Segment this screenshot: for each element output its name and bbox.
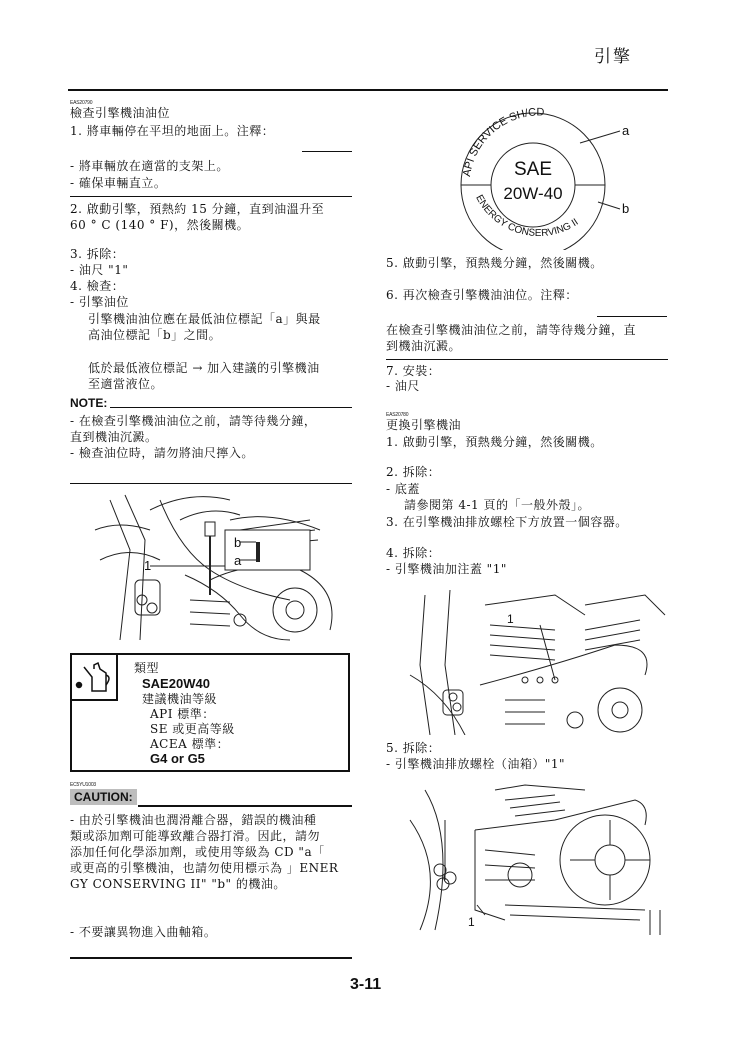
acea-label: ACEA 標準： [150,736,229,752]
step-5: 5. 拆除： [386,740,440,756]
step-5-item: - 引擎機油排放螺栓（油箱）"1" [386,756,565,772]
callout-a: a [234,553,241,568]
acea-value: G4 or G5 [150,751,205,766]
viscosity-label: 20W-40 [503,184,562,203]
chapter-title: 引擎 [594,42,632,67]
oil-spec-box: 類型 SAE20W40 建議機油等級 API 標準： SE 或更高等級 ACEA… [70,653,350,772]
note-rule [597,316,667,317]
step-3-item: - 油尺 "1" [70,262,128,278]
filler-cap-figure [405,585,670,735]
step-4-item: - 引擎油位 [70,294,129,310]
note-text: - 在檢查引擎機油油位之前，請等待幾分鐘， 直到機油沉澱。 - 檢查油位時，請勿… [70,413,316,461]
header-rule [68,89,668,91]
dipstick-figure [90,490,350,645]
step-4: 4. 拆除： [386,545,440,561]
page-number: 3-11 [350,976,381,994]
api-label: API 標準： [150,706,215,722]
oil-grade-label: 建議機油等級 [142,691,217,707]
note-label-rule [110,407,352,408]
step-2-item: - 底蓋 [386,481,420,497]
step-4-action: 低於最低液位標記 → 加入建議的引擎機油 至適當液位。 [88,360,320,392]
step-2: 2. 啟動引擎，預熱約 15 分鐘，直到油溫升至 60 ° C (140 ° F… [70,201,324,233]
note-rule [302,151,352,152]
step-6: 6. 再次檢查引擎機油油位。注釋： [386,287,578,303]
callout-a: a [622,123,630,138]
oil-can-icon-frame [72,655,118,701]
step-1: 1. 將車輛停在平坦的地面上。注釋： [70,123,274,139]
step-3: 3. 在引擎機油排放螺栓下方放置一個容器。 [386,514,628,530]
callout-1: 1 [507,612,514,626]
step-1-note: - 將車輛放在適當的支架上。 [70,158,229,174]
step-4: 4. 檢查： [70,278,124,294]
drain-bolt-figure [405,780,670,935]
step-2: 2. 拆除： [386,464,440,480]
step-2-ref: 請參閱第 4-1 頁的「一般外殼」。 [404,497,590,513]
callout-1: 1 [144,558,151,573]
api-value: SE 或更高等級 [150,721,235,737]
caution-rule [138,805,352,807]
step-1: 1. 啟動引擎，預熱幾分鐘，然後關機。 [386,434,603,450]
sae-label: SAE [514,159,552,180]
section-title: 更換引擎機油 [386,417,461,433]
caution-text: - 由於引擎機油也潤滑離合器，錯誤的機油種 類或添加劑可能導致離合器打滑。因此，… [70,812,338,892]
api-service-symbol: API SERVICE SH/CD ENERGY CONSERVING II S… [448,105,648,250]
step-4-desc: 引擎機油油位應在最低油位標記「a」與最 高油位標記「b」之間。 [88,311,321,343]
divider [386,359,668,360]
note-end-rule [70,483,352,484]
caution-code: EC5YU1003 [70,782,96,788]
callout-b: b [234,535,241,550]
step-4-item: - 引擎機油加注蓋 "1" [386,561,507,577]
step-7: 7. 安裝： [386,363,440,379]
oil-type-label: 類型 [134,660,159,676]
oil-can-icon [74,657,114,697]
divider [70,196,352,197]
step-6-note: 在檢查引擎機油油位之前，請等待幾分鐘，直 到機油沉澱。 [386,322,636,354]
step-5: 5. 啟動引擎，預熱幾分鐘，然後關機。 [386,255,603,271]
callout-1: 1 [468,915,475,929]
section-title: 檢查引擎機油油位 [70,105,170,121]
step-7-item: - 油尺 [386,378,420,394]
step-3: 3. 拆除： [70,246,124,262]
step-1-note: - 確保車輛直立。 [70,175,166,191]
note-label: NOTE: [70,396,107,410]
caution-end-rule [70,957,352,959]
callout-b: b [622,201,629,216]
oil-type-value: SAE20W40 [142,676,210,691]
caution-label: CAUTION: [70,789,137,805]
caution-extra: - 不要讓異物進入曲軸箱。 [70,924,216,940]
